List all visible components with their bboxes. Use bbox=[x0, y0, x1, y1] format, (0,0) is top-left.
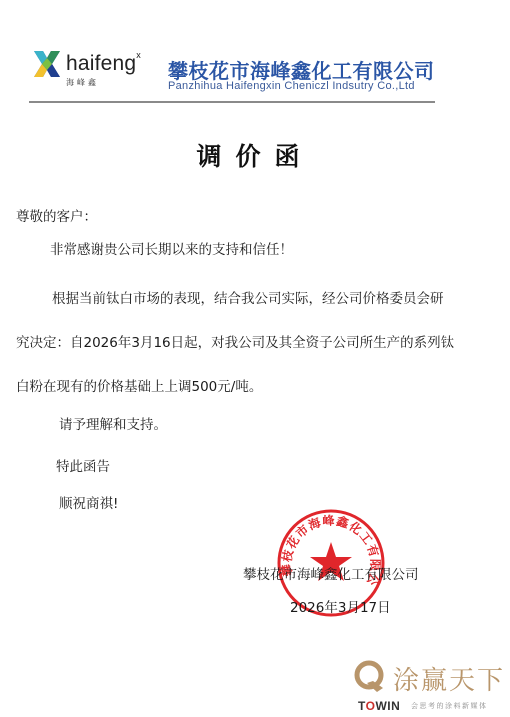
paragraph-line-1: 根据当前钛白市场的表现，结合我公司实际，经公司价格委员会研 bbox=[52, 287, 444, 307]
signature-date: 2026年3月17日 bbox=[290, 596, 391, 616]
paragraph-line-3: 白粉在现有的价格基础上上调500元/吨。 bbox=[16, 375, 262, 395]
salutation: 尊敬的客户： bbox=[16, 205, 97, 225]
watermark-slogan: 会思考的涂料新媒体 bbox=[411, 701, 488, 711]
document-title: 调价函 bbox=[0, 137, 510, 173]
thanks-line: 非常感谢贵公司长期以来的支持和信任！ bbox=[50, 238, 293, 258]
notice-line: 特此函告 bbox=[56, 455, 110, 475]
header-divider bbox=[29, 101, 435, 103]
brand-name-en: haifengx bbox=[66, 52, 141, 76]
closing-line: 顺祝商祺! bbox=[59, 492, 118, 512]
company-name-en: Panzhihua Haifengxin Cheniczl Indsutry C… bbox=[168, 80, 415, 92]
paragraph-line-2: 究决定：自2026年3月16日起，对我公司及其全资子公司所生产的系列钛 bbox=[16, 331, 454, 351]
request-line: 请予理解和支持。 bbox=[59, 413, 167, 433]
haifeng-logo-icon bbox=[32, 49, 62, 79]
towin-logo-icon bbox=[353, 659, 387, 695]
signature-company: 攀枝花市海峰鑫化工有限公司 bbox=[243, 563, 419, 583]
watermark-brand: TOWIN bbox=[358, 699, 400, 713]
brand-name-cn: 海峰鑫 bbox=[66, 77, 99, 88]
watermark-title: 涂赢天下 bbox=[393, 660, 505, 697]
